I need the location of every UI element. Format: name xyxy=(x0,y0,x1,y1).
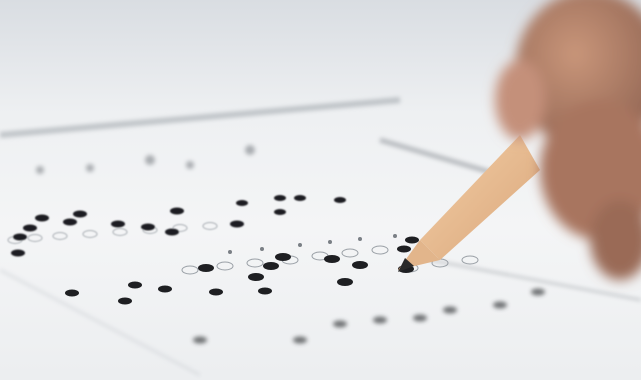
blurred-bubble-rows-bottom xyxy=(0,260,641,375)
answer-sheet-illustration xyxy=(0,0,641,380)
pencil xyxy=(398,135,540,272)
blurred-bubble-rows-top xyxy=(0,100,500,175)
bubble-rows-lower xyxy=(65,234,478,305)
photo-answer-sheet: Close-up photograph of a hand holding a … xyxy=(0,0,641,380)
bubble-rows-middle xyxy=(8,195,346,257)
